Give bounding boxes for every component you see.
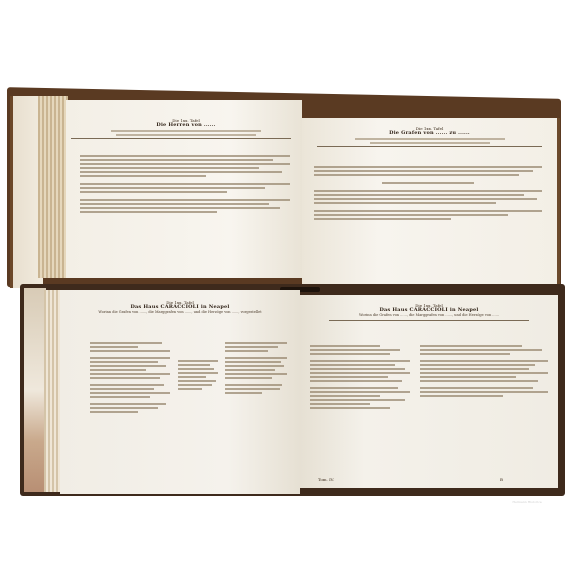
top-book-left-page: Die 1xx. Tafel Die Herren von ...... [66,100,302,278]
genealogy-column [420,345,548,397]
genealogy-column [90,342,170,413]
genealogy-column [178,360,218,390]
bottom-book-left-page: Die 1xx. Tafel Das Haus CARACCIOLI in Ne… [60,290,300,494]
page-title: Die Herren von ...... [126,123,246,128]
genealogy-table [314,166,542,220]
bottom-book-marbled-flyleaf [24,288,46,492]
genealogy-column [225,342,287,394]
top-book-fore-edge [38,96,68,278]
page-title: Die Grafen von ...... zu ...... [302,131,557,136]
page-subtitle: Worinn die Grafen von ......, die Marggr… [314,313,544,318]
watermark: Hermann Historica [492,500,562,504]
page-footer-signature: B [500,477,503,482]
genealogy-column [310,345,410,409]
page-footer-volume: Tom. IV. [318,477,334,482]
page-subtitle: Worinn die Grafen von ......, die Marggr… [80,310,280,315]
top-book-right-page: Die 1xx. Tafel Die Grafen von ...... zu … [302,118,560,290]
bottom-book-right-page: Die 1xx. Tafel Das Haus CARACCIOLI in Ne… [300,295,562,488]
genealogy-table [80,155,290,213]
